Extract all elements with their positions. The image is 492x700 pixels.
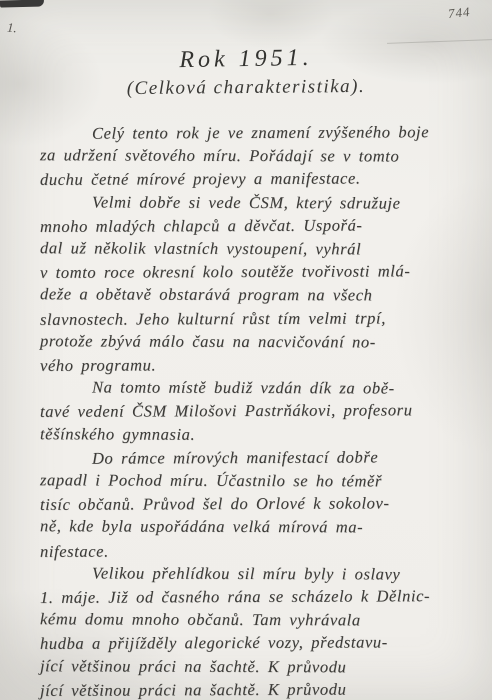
text-line: nifestace. [40, 538, 466, 563]
text-line: dal už několik vlastních vystoupení, vyh… [40, 236, 466, 261]
margin-mark: 1. [6, 20, 17, 37]
text-line: ně, kde byla uspořádána velká mírová ma- [40, 515, 466, 540]
text-line: protože zbývá málo času na nacvičování n… [40, 329, 466, 354]
text-line: Na tomto místě budiž vzdán dík za obě- [40, 375, 466, 400]
text-line: kému domu mnoho občanů. Tam vyhrávala [40, 608, 466, 633]
scanned-chronicle-page: 1. 744 Rok 1951. (Celková charakteristik… [0, 0, 492, 700]
text-line: v tomto roce okresní kolo soutěže tvořiv… [40, 259, 466, 284]
text-line: jící většinou práci na šachtě. K průvodu [40, 677, 466, 700]
text-line: za udržení světového míru. Pořádají se v… [40, 143, 466, 168]
text-line: deže a obětavě obstarává program na všec… [40, 283, 466, 308]
text-line: Do rámce mírových manifestací dobře [40, 445, 466, 470]
page-subtitle: (Celková charakteristika). [0, 75, 492, 101]
text-line: tavé vedení ČSM Milošovi Pastrňákovi, pr… [40, 399, 466, 424]
text-line: Velikou přehlídkou sil míru byly i oslav… [40, 561, 466, 586]
text-line: Velmi dobře si vede ČSM, který sdružuje [40, 190, 466, 215]
page-number: 744 [447, 4, 471, 22]
text-line: tisíc občanů. Průvod šel do Orlové k sok… [40, 491, 466, 516]
text-line: jící většinou práci na šachtě. K průvodu [40, 654, 466, 679]
text-line: vého programu. [40, 352, 466, 377]
text-line: hudba a přijížděly alegorické vozy, před… [40, 631, 466, 656]
title-block: Rok 1951. (Celková charakteristika). [0, 46, 492, 99]
text-line: mnoho mladých chlapců a děvčat. Uspořá- [40, 213, 466, 238]
handwritten-text: Celý tento rok je ve znamení zvýšeného b… [40, 121, 466, 700]
text-line: 1. máje. Již od časného rána se scházelo… [40, 584, 466, 609]
page-title: Rok 1951. [0, 42, 492, 78]
text-line: Celý tento rok je ve znamení zvýšeného b… [40, 120, 466, 145]
text-line: těšínského gymnasia. [40, 422, 466, 447]
text-line: duchu četné mírové projevy a manifestace… [40, 166, 466, 191]
text-line: zapadl i Pochod míru. Účastnilo se ho té… [40, 468, 466, 493]
scan-corner-smudge [0, 0, 44, 8]
text-line: slavnostech. Jeho kulturní růst tím velm… [40, 306, 466, 331]
